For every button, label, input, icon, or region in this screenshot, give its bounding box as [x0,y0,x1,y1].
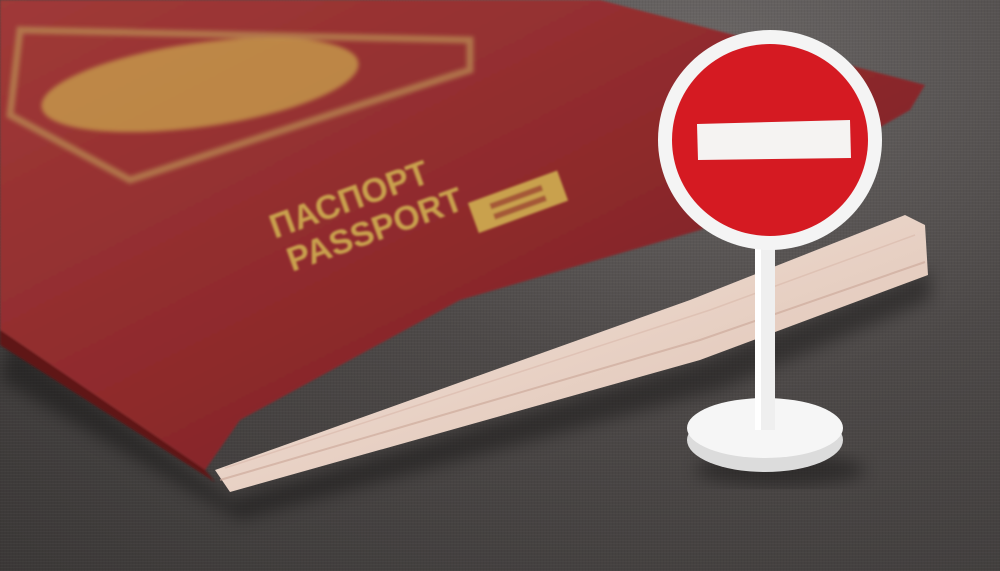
passport-and-sign-illustration: ПАСПОРТ PASSPORT [0,0,1000,571]
photo-scene: ПАСПОРТ PASSPORT [0,0,1000,571]
